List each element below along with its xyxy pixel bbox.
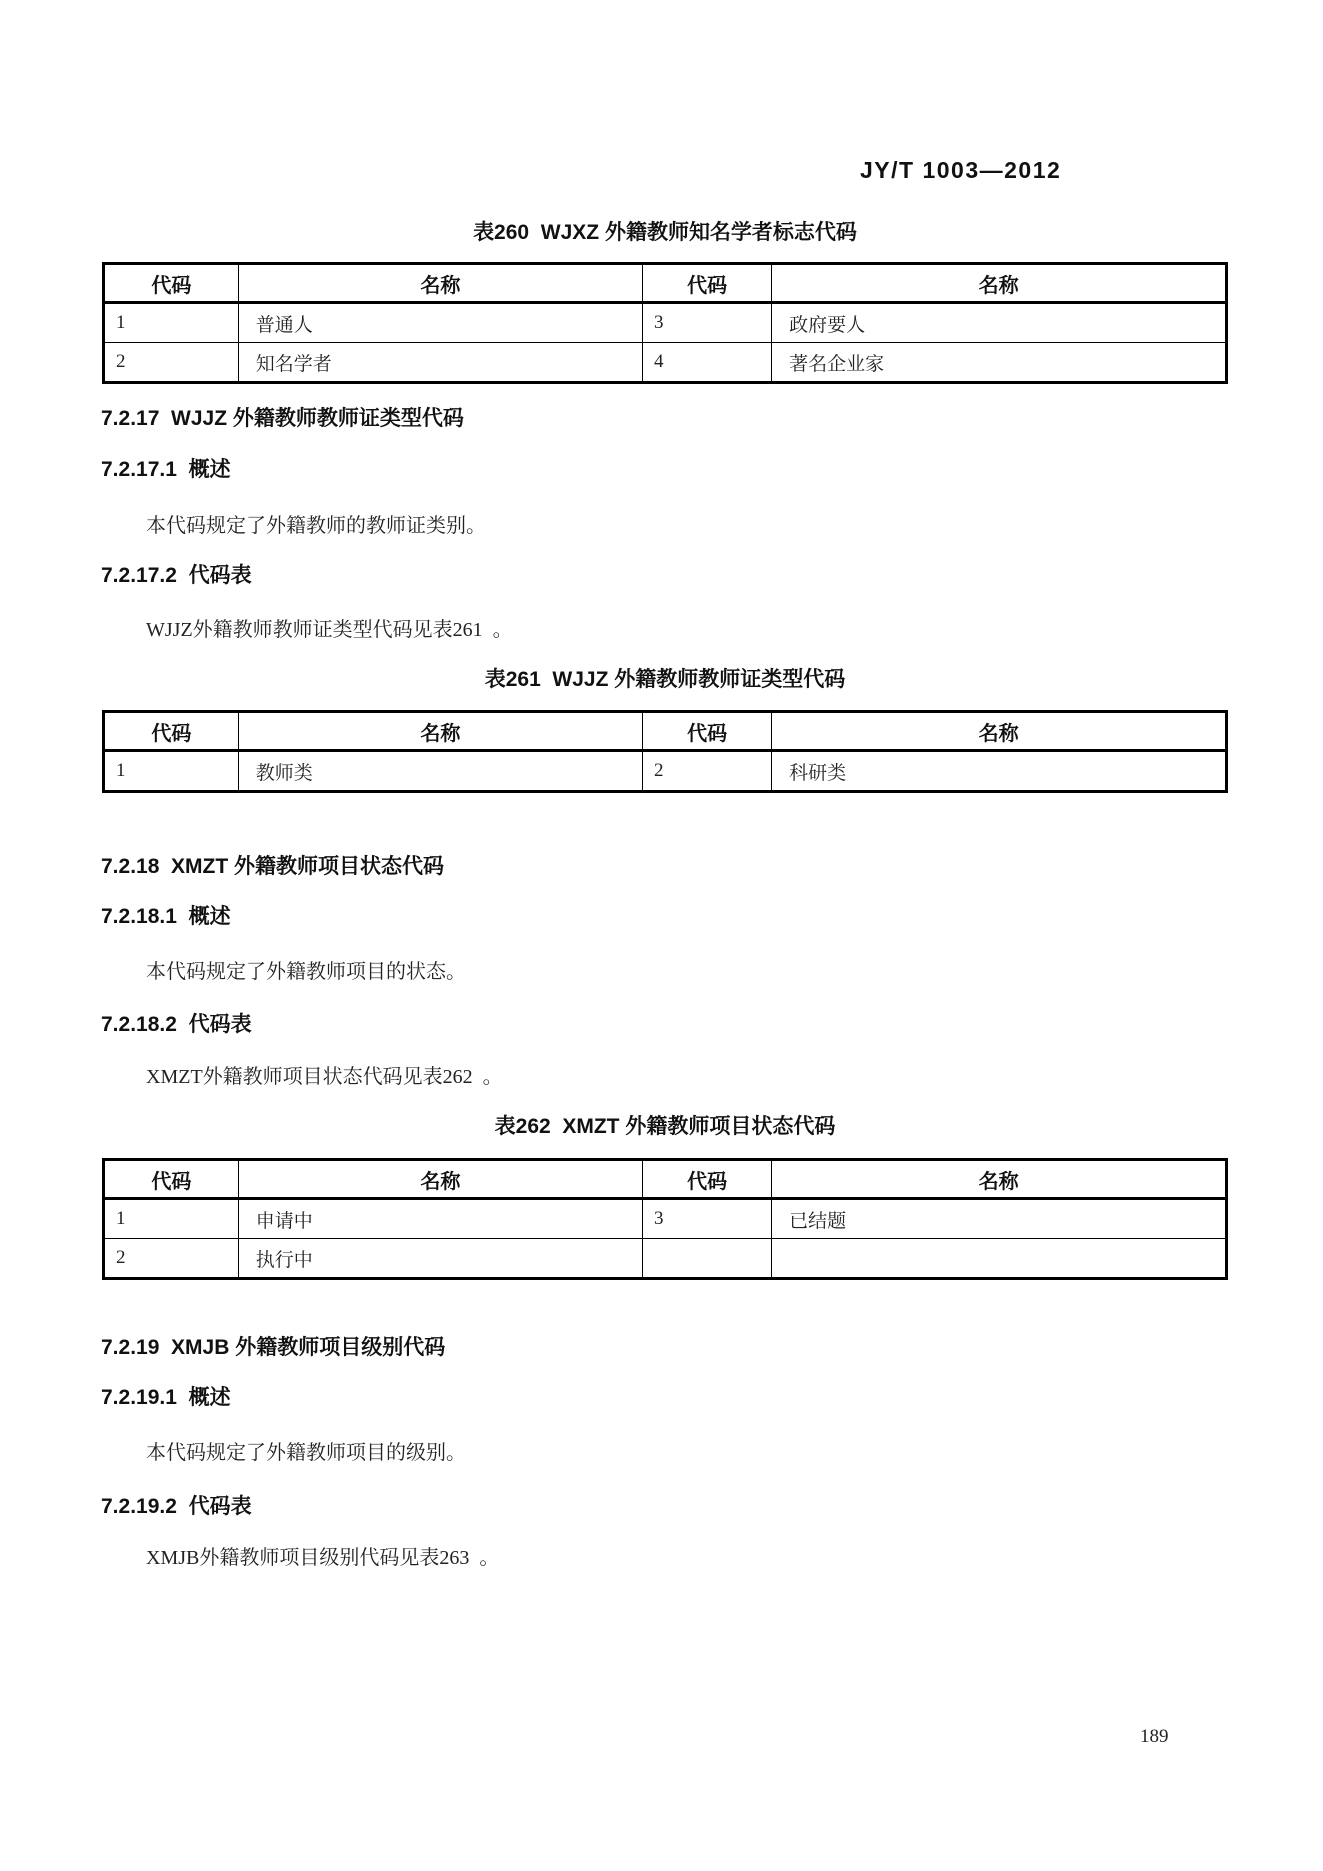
name-cell: 科研类: [772, 751, 1227, 792]
name-cell: 已结题: [772, 1199, 1227, 1239]
column-header: 名称: [238, 712, 642, 751]
name-cell: [772, 1239, 1227, 1279]
column-header: 名称: [772, 712, 1227, 751]
code-cell: 1: [104, 1199, 239, 1239]
table-261-header-row: 代码 名称 代码 名称: [104, 712, 1227, 751]
body-paragraph: WJJZ外籍教师教师证类型代码见表261 。: [146, 613, 513, 642]
table-261-caption: 表261 WJJZ 外籍教师教师证类型代码: [102, 663, 1228, 693]
body-paragraph: XMZT外籍教师项目状态代码见表262 。: [146, 1060, 503, 1089]
table-262-header-row: 代码 名称 代码 名称: [104, 1160, 1227, 1199]
subsection-heading-7-2-19-2: 7.2.19.2 代码表: [101, 1490, 252, 1520]
column-header: 代码: [643, 712, 772, 751]
column-header: 名称: [238, 264, 642, 303]
column-header: 代码: [643, 264, 772, 303]
section-heading-7-2-17: 7.2.17 WJJZ 外籍教师教师证类型代码: [101, 402, 464, 432]
table-260-caption: 表260 WJXZ 外籍教师知名学者标志代码: [102, 216, 1228, 246]
table-260-header-row: 代码 名称 代码 名称: [104, 264, 1227, 303]
code-cell: 2: [104, 1239, 239, 1279]
table-262: 代码 名称 代码 名称 1 申请中 3 已结题 2 执行中: [102, 1158, 1228, 1280]
subsection-heading-7-2-18-2: 7.2.18.2 代码表: [101, 1008, 252, 1038]
name-cell: 知名学者: [238, 343, 642, 383]
subsection-heading-7-2-19-1: 7.2.19.1 概述: [101, 1381, 231, 1411]
column-header: 名称: [238, 1160, 642, 1199]
code-cell: 4: [643, 343, 772, 383]
name-cell: 普通人: [238, 303, 642, 343]
column-header: 代码: [104, 1160, 239, 1199]
section-heading-7-2-18: 7.2.18 XMZT 外籍教师项目状态代码: [101, 850, 444, 880]
code-cell: 3: [643, 303, 772, 343]
name-cell: 执行中: [238, 1239, 642, 1279]
section-heading-7-2-19: 7.2.19 XMJB 外籍教师项目级别代码: [101, 1331, 445, 1361]
code-cell: 1: [104, 303, 239, 343]
table-261: 代码 名称 代码 名称 1 教师类 2 科研类: [102, 710, 1228, 793]
name-cell: 教师类: [238, 751, 642, 792]
subsection-heading-7-2-17-2: 7.2.17.2 代码表: [101, 559, 252, 589]
body-paragraph: 本代码规定了外籍教师的教师证类别。: [146, 509, 486, 538]
column-header: 名称: [772, 264, 1227, 303]
column-header: 代码: [104, 264, 239, 303]
code-cell: 2: [643, 751, 772, 792]
body-paragraph: 本代码规定了外籍教师项目的级别。: [146, 1436, 466, 1465]
doc-number: JY/T 1003—2012: [860, 157, 1061, 184]
name-cell: 申请中: [238, 1199, 642, 1239]
subsection-heading-7-2-18-1: 7.2.18.1 概述: [101, 900, 231, 930]
code-cell: 1: [104, 751, 239, 792]
body-paragraph: XMJB外籍教师项目级别代码见表263 。: [146, 1541, 499, 1570]
code-cell: [643, 1239, 772, 1279]
column-header: 代码: [104, 712, 239, 751]
document-page: JY/T 1003—2012 表260 WJXZ 外籍教师知名学者标志代码 代码…: [0, 0, 1323, 1871]
table-row: 1 申请中 3 已结题: [104, 1199, 1227, 1239]
column-header: 代码: [643, 1160, 772, 1199]
table-row: 2 执行中: [104, 1239, 1227, 1279]
body-paragraph: 本代码规定了外籍教师项目的状态。: [146, 955, 466, 984]
page-number: 189: [1140, 1726, 1169, 1748]
table-row: 1 教师类 2 科研类: [104, 751, 1227, 792]
code-cell: 2: [104, 343, 239, 383]
table-262-caption: 表262 XMZT 外籍教师项目状态代码: [102, 1110, 1228, 1140]
subsection-heading-7-2-17-1: 7.2.17.1 概述: [101, 453, 231, 483]
table-row: 2 知名学者 4 著名企业家: [104, 343, 1227, 383]
column-header: 名称: [772, 1160, 1227, 1199]
name-cell: 政府要人: [772, 303, 1227, 343]
table-row: 1 普通人 3 政府要人: [104, 303, 1227, 343]
code-cell: 3: [643, 1199, 772, 1239]
table-260: 代码 名称 代码 名称 1 普通人 3 政府要人 2 知名学者 4 著名企业家: [102, 262, 1228, 384]
name-cell: 著名企业家: [772, 343, 1227, 383]
